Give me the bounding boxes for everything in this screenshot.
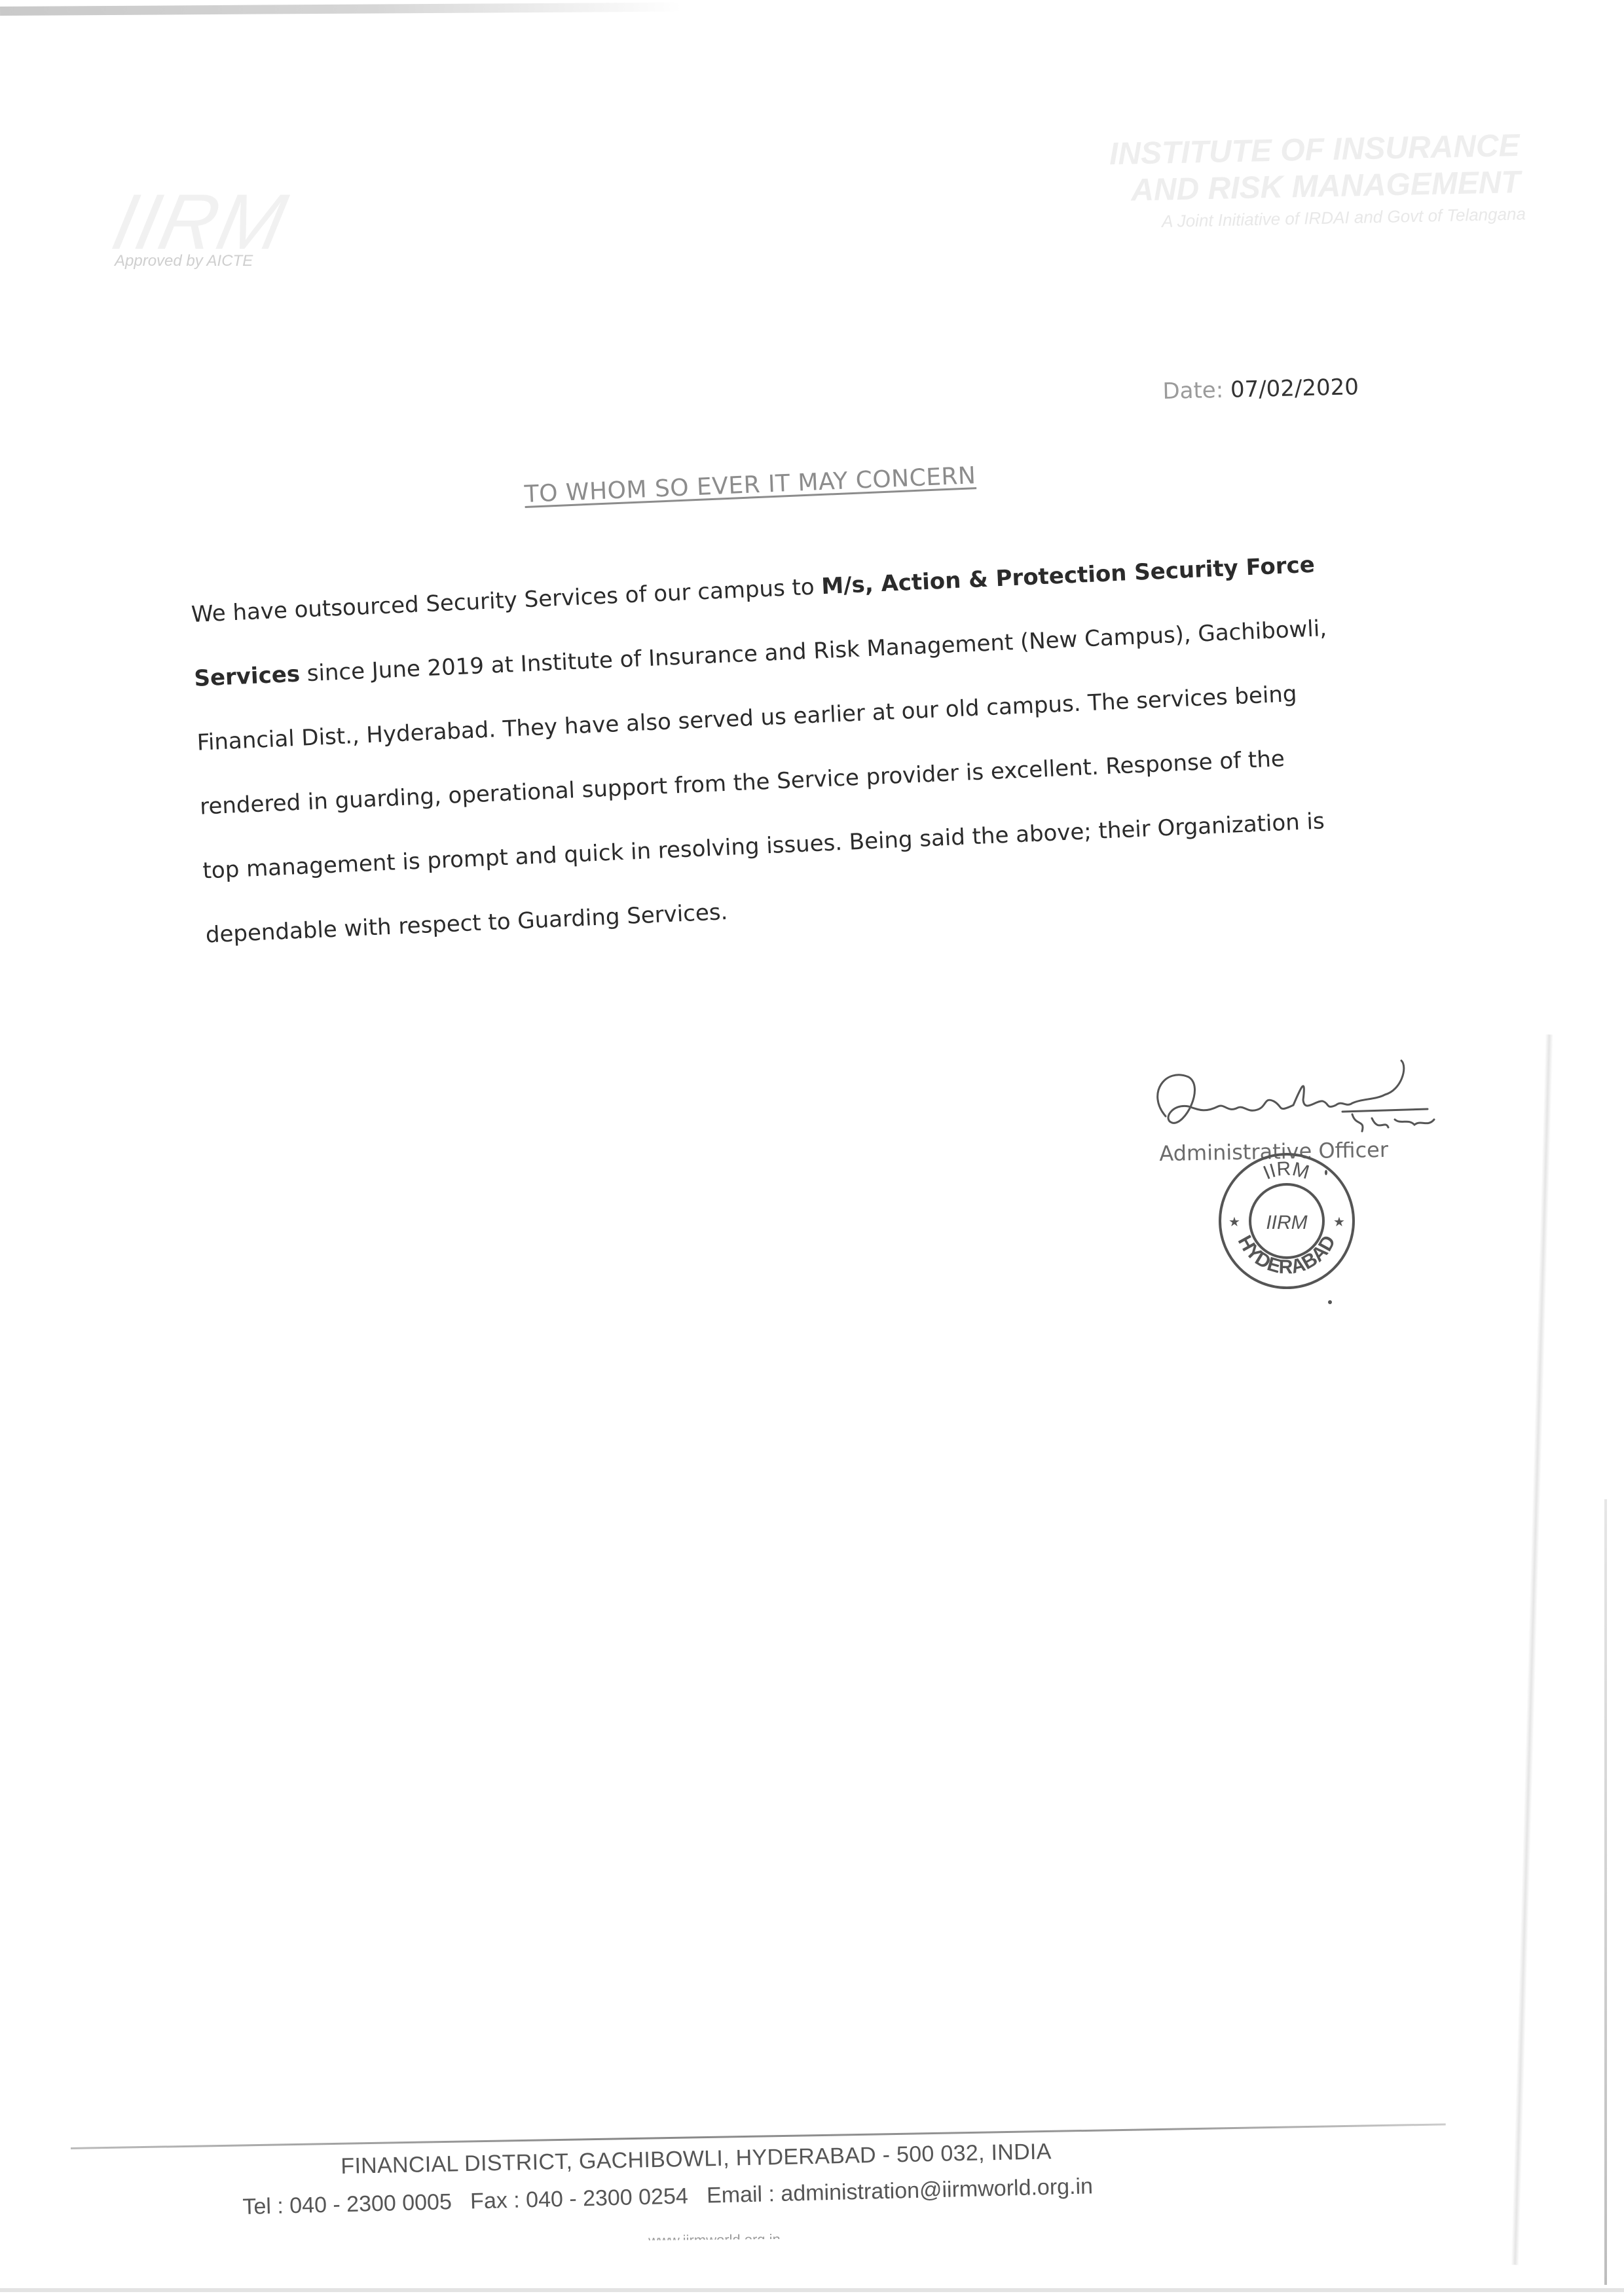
letter-date: Date: 07/02/2020: [1162, 374, 1359, 405]
footer-website: www.iirmworld.org.in: [648, 2231, 781, 2240]
svg-text:HYDERABAD: HYDERABAD: [1234, 1232, 1340, 1279]
footer-contact: Tel : 040 - 2300 0005 Fax : 040 - 2300 0…: [242, 2174, 1093, 2220]
official-seal: IIRM HYDERABAD IIRM ★ ★: [1215, 1149, 1359, 1293]
scan-edge-right: [1604, 1499, 1607, 2285]
seal-center-text: IIRM: [1266, 1212, 1307, 1233]
approval-note: Approved by AICTE: [115, 252, 253, 270]
ink-speck: [1325, 1170, 1327, 1175]
institute-name: INSTITUTE OF INSURANCE AND RISK MANAGEME…: [1022, 128, 1521, 211]
letter-heading: TO WHOM SO EVER IT MAY CONCERN: [524, 462, 976, 508]
date-label: Date:: [1162, 377, 1224, 405]
footer-address: FINANCIAL DISTRICT, GACHIBOWLI, HYDERABA…: [341, 2139, 1052, 2179]
company-name: M/s, Action & Protection Security Force: [821, 552, 1315, 600]
svg-text:IIRM: IIRM: [1260, 1158, 1312, 1184]
seal-top-text: IIRM: [1260, 1158, 1312, 1184]
scan-edge-bottom: [0, 2288, 1624, 2292]
scan-fold-line: [1511, 1034, 1553, 2265]
seal-star-icon: ★: [1228, 1214, 1240, 1230]
seal-star-icon: ★: [1333, 1214, 1345, 1230]
date-value: 07/02/2020: [1230, 374, 1359, 403]
scan-edge-top: [0, 3, 681, 16]
company-name-cont: Services: [194, 661, 301, 692]
seal-bottom-text: HYDERABAD: [1234, 1232, 1340, 1279]
ink-speck: [1328, 1300, 1332, 1304]
letter-body: We have outsourced Security Services of …: [190, 530, 1404, 968]
